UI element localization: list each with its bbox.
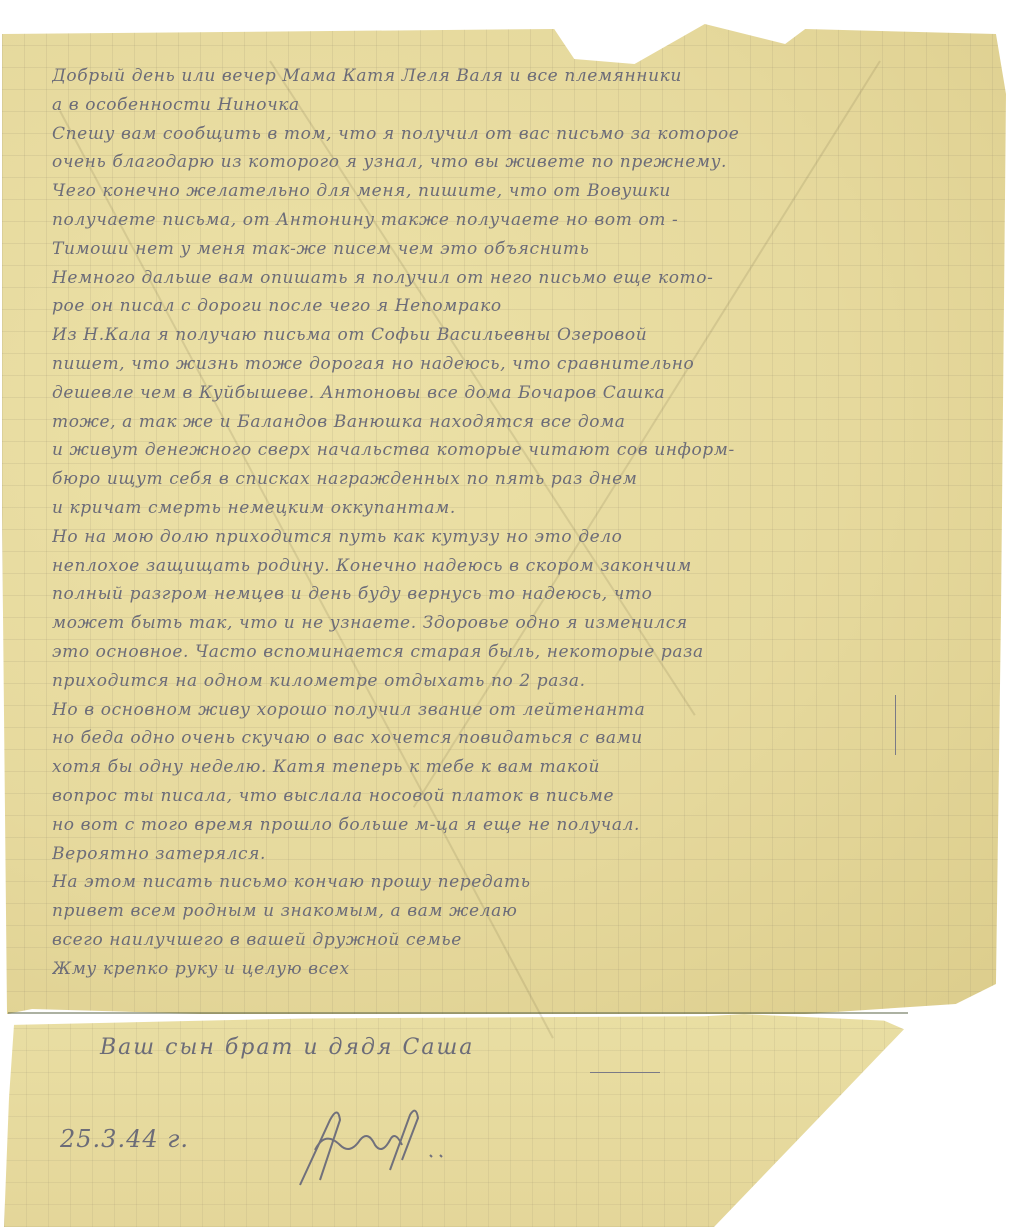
letter-line: полный разгром немцев и день буду вернус… [52, 580, 982, 609]
letter-line: Спешу вам сообщить в том, что я получил … [52, 120, 982, 149]
letter-line: Жму крепко руку и целую всех [52, 955, 982, 984]
letter-line: и живут денежного сверх начальства котор… [52, 436, 982, 465]
letter-line: приходится на одном километре отдыхать п… [52, 667, 982, 696]
letter-line: а в особенности Ниночка [52, 91, 982, 120]
letter-line: Немного дальше вам опишать я получил от … [52, 264, 982, 293]
letter-line: вопрос ты писала, что выслала носовой пл… [52, 782, 982, 811]
letter-line: дешевле чем в Куйбышеве. Антоновы все до… [52, 379, 982, 408]
letter-closing: Ваш сын брат и дядя Саша [100, 1035, 474, 1060]
letter-line: Чего конечно желательно для меня, пишите… [52, 177, 982, 206]
letter-line: хотя бы одну неделю. Катя теперь к тебе … [52, 753, 982, 782]
letter-line: Из Н.Кала я получаю письма от Софьи Васи… [52, 321, 982, 350]
letter-line: тоже, а так же и Баландов Ванюшка находя… [52, 408, 982, 437]
letter-line: привет всем родным и знакомым, а вам жел… [52, 897, 982, 926]
letter-line: но вот с того время прошло больше м-ца я… [52, 811, 982, 840]
letter-line: и кричат смерть немецким оккупантам. [52, 494, 982, 523]
letter-line: Но в основном живу хорошо получил звание… [52, 696, 982, 725]
letter-date: 25.3.44 г. [60, 1125, 189, 1153]
margin-bracket-mark [895, 695, 902, 755]
letter-line: неплохое защищать родину. Конечно надеюс… [52, 552, 982, 581]
letter-line: рое он писал с дороги после чего я Непом… [52, 292, 982, 321]
letter-line: Тимоши нет у меня так-же писем чем это о… [52, 235, 982, 264]
letter-line: Но на мою долю приходится путь как кутуз… [52, 523, 982, 552]
letter-body: Добрый день или вечер Мама Катя Леля Вал… [52, 62, 982, 984]
letter-line: бюро ищут себя в списках награжденных по… [52, 465, 982, 494]
letter-line: Вероятно затерялся. [52, 840, 982, 869]
signature [290, 1100, 470, 1190]
closing-underline [590, 1072, 660, 1073]
letter-line: пишет, что жизнь тоже дорогая но надеюсь… [52, 350, 982, 379]
letter-line: получаете письма, от Антонину также полу… [52, 206, 982, 235]
scanned-letter-page: Добрый день или вечер Мама Катя Леля Вал… [0, 0, 1010, 1229]
letter-line: очень благодарю из которого я узнал, что… [52, 148, 982, 177]
signature-scribble-icon [290, 1100, 470, 1190]
letter-line: но беда одно очень скучаю о вас хочется … [52, 724, 982, 753]
letter-line: На этом писать письмо кончаю прошу перед… [52, 868, 982, 897]
letter-line: это основное. Часто вспоминается старая … [52, 638, 982, 667]
letter-line: Добрый день или вечер Мама Катя Леля Вал… [52, 62, 982, 91]
letter-line: может быть так, что и не узнаете. Здоров… [52, 609, 982, 638]
letter-line: всего наилучшего в вашей дружной семье [52, 926, 982, 955]
tear-line [8, 1012, 908, 1014]
